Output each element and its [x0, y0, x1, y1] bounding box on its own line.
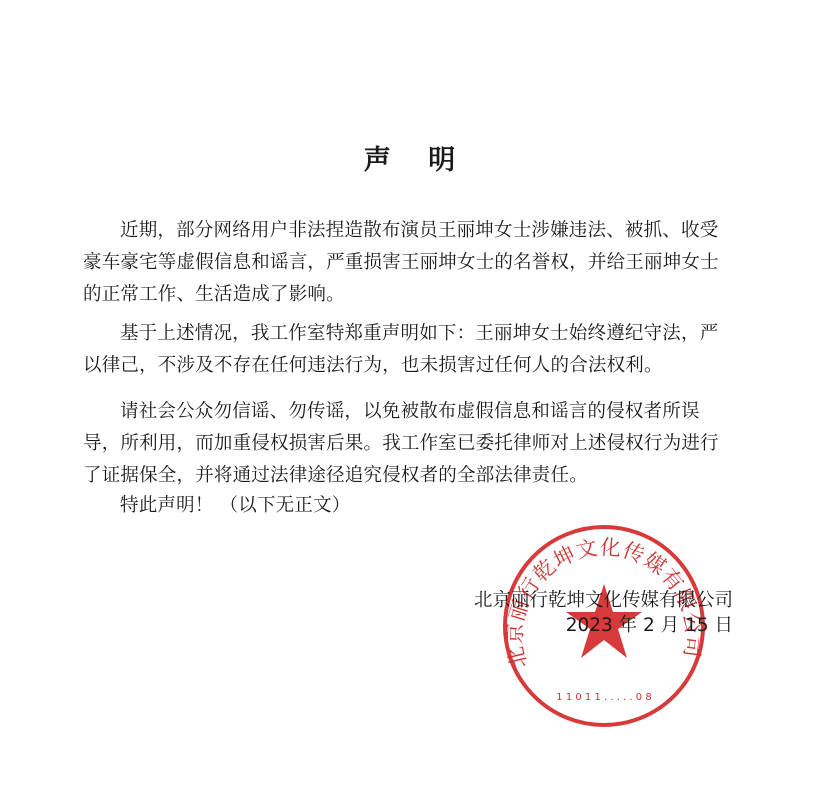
signature-date: 2023 年 2 月 15 日	[566, 611, 733, 637]
signature-company: 北京丽行乾坤文化传媒有限公司	[474, 586, 733, 612]
svg-text:1 1 0 1 1 . . . . . 0 8: 1 1 0 1 1 . . . . . 0 8	[556, 692, 651, 703]
paragraph-2: 基于上述情况，我工作室特郑重声明如下：王丽坤女士始终遵纪守法，严以律己，不涉及不…	[83, 318, 733, 382]
page-title: 声 明	[0, 138, 819, 177]
paragraph-3: 请社会公众勿信谣、勿传谣，以免被散布虚假信息和谣言的侵权者所误导，所利用，而加重…	[83, 396, 733, 492]
closing-line: 特此声明！ （以下无正文）	[83, 490, 733, 522]
paragraph-1: 近期，部分网络用户非法捏造散布演员王丽坤女士涉嫌违法、被抓、收受豪车豪宅等虚假信…	[83, 215, 733, 311]
